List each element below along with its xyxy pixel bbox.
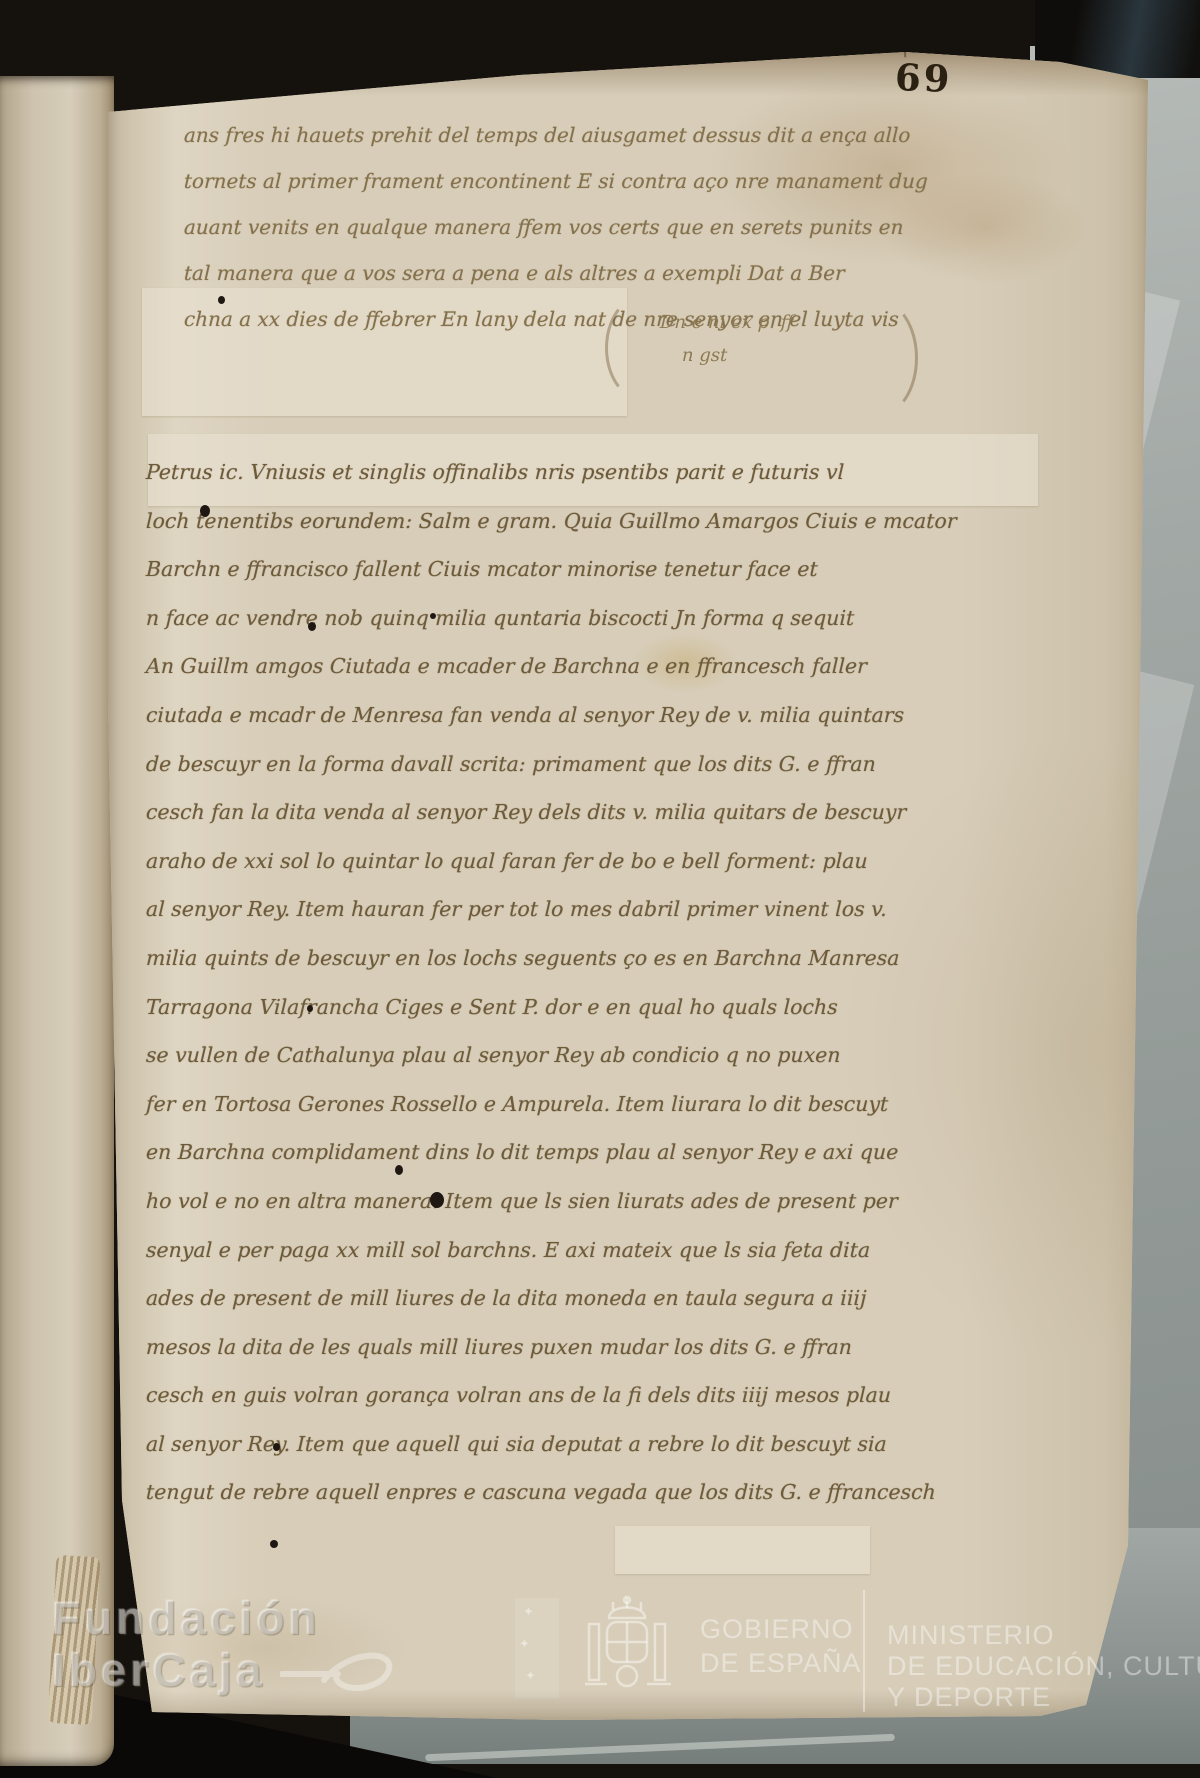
spain-coat-of-arms-icon [577, 1592, 677, 1710]
ink-blot [218, 296, 225, 304]
text-line: Tarragona Vilafrancha Ciges e Sent P. do… [145, 983, 957, 1032]
eu-flag-fragment-icon: ✦ ✦ ✦ [515, 1598, 559, 1698]
text-line: loch tenentibs eorundem: Salm e gram. Qu… [145, 497, 957, 546]
text-line: Petrus ic. Vniusis et singlis offinalibs… [145, 448, 957, 497]
ministry-line3: Y DEPORTE [887, 1682, 1200, 1713]
text-line: fer en Tortosa Gerones Rossello e Ampure… [145, 1080, 957, 1129]
manuscript-photo: 69 ans fres hi hauets prehit del temps d… [0, 0, 1200, 1778]
ink-blot [307, 1005, 313, 1012]
text-line: senyal e per paga xx mill sol barchns. E… [145, 1226, 957, 1275]
text-line: araho de xxi sol lo quintar lo qual fara… [145, 837, 957, 886]
text-line: auant venits en qualque manera ffem vos … [183, 204, 928, 250]
text-line: de bescuyr en la forma davall scrita: pr… [145, 740, 957, 789]
ink-blot [308, 622, 316, 631]
text-line: cesch fan la dita venda al senyor Rey de… [145, 788, 957, 837]
main-paragraph: Petrus ic. Vniusis et singlis offinalibs… [146, 448, 957, 1517]
ink-blot [200, 505, 210, 517]
text-line: ans fres hi hauets prehit del temps del … [183, 112, 928, 158]
government-line1: GOBIERNO [700, 1612, 862, 1646]
text-line: milia quints de bescuyr en los lochs seg… [145, 934, 957, 983]
ink-blot [273, 1443, 280, 1451]
text-line: cesch en guis volran gorança volran ans … [145, 1371, 957, 1420]
text-line: chna a xx dies de ffebrer En lany dela n… [183, 296, 928, 342]
ministry-label: MINISTERIO DE EDUCACIÓN, CULTURA Y DEPOR… [887, 1620, 1200, 1713]
folio-number: 69 [894, 55, 953, 101]
manuscript-page: 69 ans fres hi hauets prehit del temps d… [100, 48, 1150, 1724]
government-line2: DE ESPAÑA [700, 1646, 862, 1680]
ibercaja-logo-icon [280, 1640, 410, 1710]
repair-patch [615, 1526, 870, 1574]
text-line: ciutada e mcadr de Menresa fan venda al … [145, 691, 957, 740]
text-line: tengut de rebre aquell enpres e cascuna … [145, 1468, 957, 1517]
text-line: n face ac vendre nob quinq milia quntari… [145, 594, 957, 643]
watermark-ibercaja: Fundación IberCaja [52, 1592, 321, 1696]
folio-pen-mark [862, 48, 962, 53]
opening-paragraph: ans fres hi hauets prehit del temps del … [184, 112, 928, 342]
government-label: GOBIERNO DE ESPAÑA [700, 1612, 862, 1680]
watermark-government-block: ✦ ✦ ✦ GOBIERNO DE ESPAÑA MINISTERIO [515, 1592, 1175, 1717]
text-line: tornets al primer frament encontinent E … [183, 158, 928, 204]
watermark-divider [863, 1590, 865, 1712]
ibercaja-line1: Fundación [52, 1592, 321, 1644]
text-line: mesos la dita de les quals mill liures p… [145, 1323, 957, 1372]
ink-blot [270, 1540, 278, 1548]
text-line: al senyor Rey. Item hauran fer per tot l… [145, 885, 957, 934]
previous-page-edge [0, 76, 114, 1766]
text-line: se vullen de Cathalunya plau al senyor R… [145, 1031, 957, 1080]
text-line: al senyor Rey. Item que aquell qui sia d… [145, 1420, 957, 1469]
text-line: en Barchna complidament dins lo dit temp… [145, 1128, 957, 1177]
text-line: Dn e ni ex p. ff [659, 306, 794, 339]
ministry-line1: MINISTERIO [887, 1620, 1200, 1651]
text-line: n gst [659, 339, 794, 372]
text-line: Barchn e ffrancisco fallent Ciuis mcator… [145, 545, 957, 594]
text-line: tal manera que a vos sera a pena e als a… [183, 250, 928, 296]
text-line: ades de present de mill liures de la dit… [145, 1274, 957, 1323]
text-line: An Guillm amgos Ciutada e mcader de Barc… [145, 642, 957, 691]
ink-blot [430, 1192, 444, 1208]
registration-note: Dn e ni ex p. ffn gst [660, 306, 793, 372]
note-bracket-right-icon [842, 300, 918, 416]
text-line: ho vol e no en altra manera. Item que ls… [145, 1177, 957, 1226]
ink-blot [430, 613, 436, 619]
ink-blot [395, 1165, 403, 1175]
ministry-line2: DE EDUCACIÓN, CULTURA [887, 1651, 1200, 1682]
